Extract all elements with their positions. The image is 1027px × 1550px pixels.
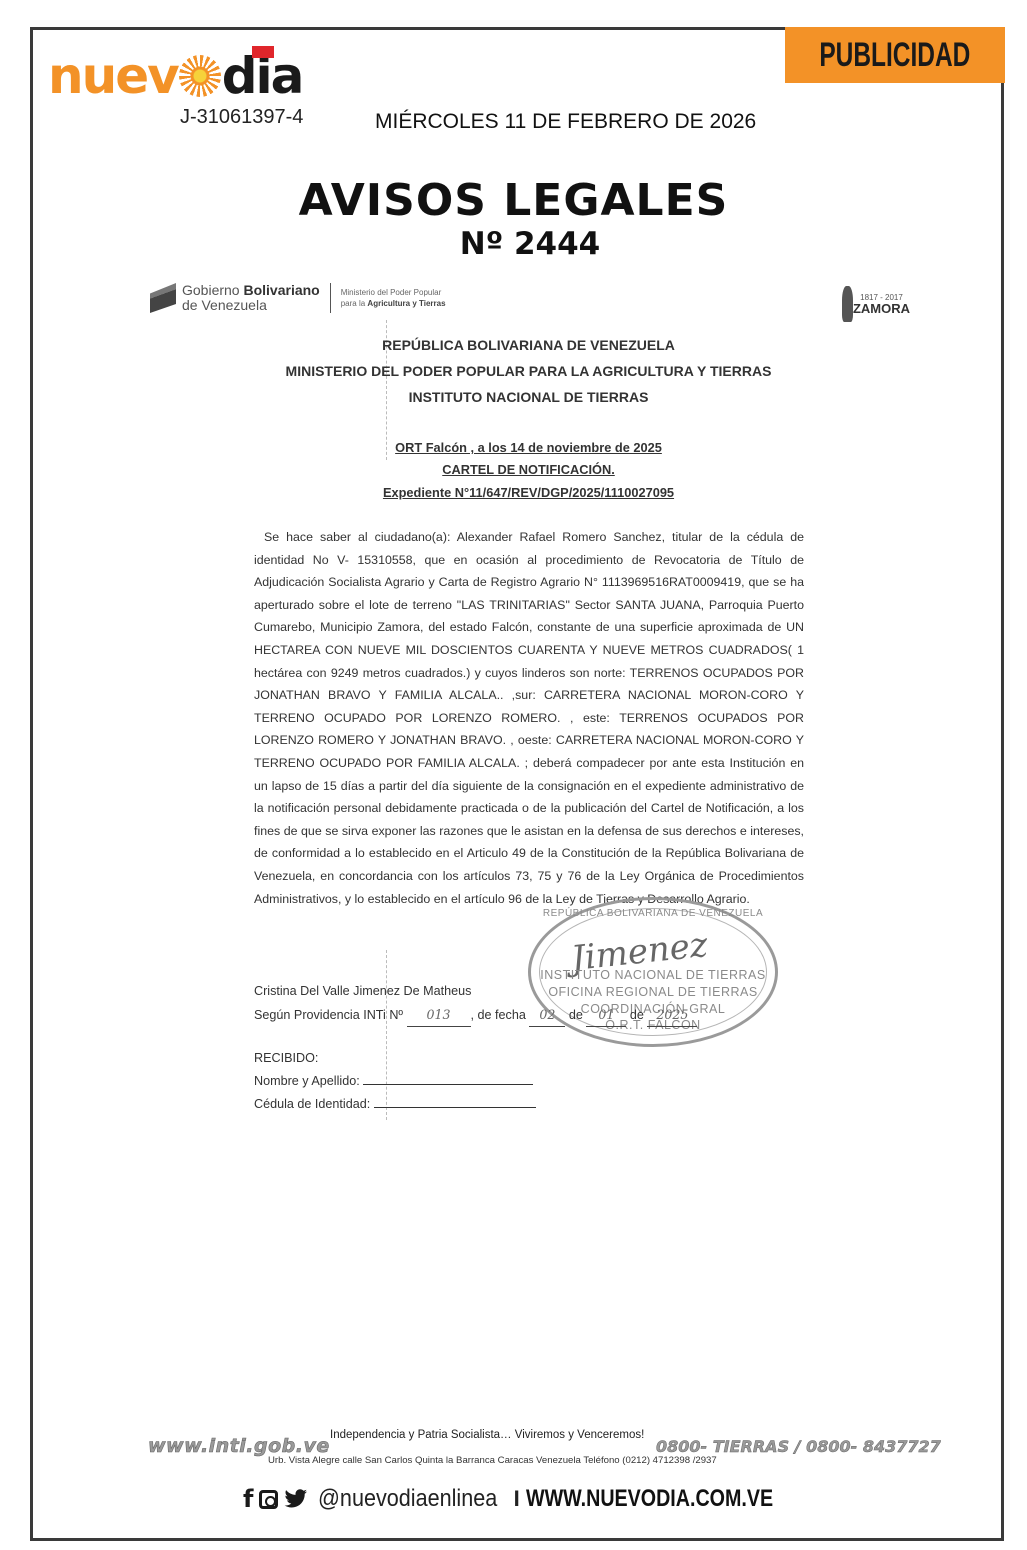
- ministerio-text: Ministerio del Poder Popular para la Agr…: [341, 287, 446, 309]
- document-type: CARTEL DE NOTIFICACIÓN.: [0, 462, 1027, 477]
- logo-text-nuev: nuev: [48, 48, 178, 104]
- inti-phones: 0800- TIERRAS / 0800- 8437727: [656, 1437, 941, 1456]
- id-field-row: Cédula de Identidad:: [254, 1093, 536, 1116]
- page-title: AVISOS LEGALES: [0, 175, 1027, 226]
- fecha-year: 2025: [647, 1003, 697, 1027]
- providencia-number: 013: [407, 1003, 471, 1027]
- providencia-label: Según Providencia INTi Nº: [254, 1008, 403, 1022]
- ministerio-line2-bold: Agricultura y Tierras: [367, 299, 445, 308]
- de-label: de: [569, 1008, 583, 1022]
- heading-ministerio: MINISTERIO DEL PODER POPULAR PARA LA AGR…: [0, 363, 1027, 379]
- publication-date: MIÉRCOLES 11 DE FEBRERO DE 2026: [375, 110, 756, 134]
- facebook-icon: f: [243, 1485, 253, 1513]
- twitter-icon: [284, 1489, 308, 1509]
- logo-text-dia: dia: [222, 48, 303, 104]
- fecha-day: 02: [529, 1003, 565, 1027]
- newspaper-logo: nuev dia: [48, 48, 302, 104]
- edition-number: Nº 2444: [0, 226, 1027, 262]
- providencia-line: Según Providencia INTi Nº 013, de fecha …: [254, 1003, 697, 1027]
- zamora-name: ZAMORA: [853, 302, 910, 315]
- received-label: RECIBIDO:: [254, 1047, 536, 1070]
- zamora-text: 1817 - 2017 ZAMORA: [853, 293, 910, 315]
- zamora-portrait-icon: [842, 286, 853, 322]
- de-label: de: [630, 1008, 644, 1022]
- name-blank-line: [363, 1072, 533, 1085]
- name-field-row: Nombre y Apellido:: [254, 1070, 536, 1093]
- newspaper-website: WWW.NUEVODIA.COM.VE: [526, 1485, 773, 1513]
- sun-icon: [179, 55, 221, 97]
- gobierno-text: Gobierno Bolivariano de Venezuela: [182, 283, 320, 313]
- inti-slogan: Independencia y Patria Socialista… Vivir…: [330, 1429, 644, 1441]
- stamp-arc-text: REPÚBLICA BOLIVARIANA DE VENEZUELA: [531, 908, 775, 919]
- zamora-logo: 1817 - 2017 ZAMORA: [842, 281, 910, 327]
- receipt-block: RECIBIDO: Nombre y Apellido: Cédula de I…: [254, 1047, 536, 1116]
- heading-instituto: INSTITUTO NACIONAL DE TIERRAS: [0, 389, 1027, 405]
- id-blank-line: [374, 1095, 536, 1108]
- social-footer: f @nuevodiaenlinea I WWW.NUEVODIA.COM.VE: [243, 1485, 827, 1513]
- gobierno-line2: de Venezuela: [182, 297, 267, 313]
- signer-block: Cristina Del Valle Jimenez De Matheus Se…: [254, 980, 697, 1027]
- signer-name: Cristina Del Valle Jimenez De Matheus: [254, 980, 697, 1003]
- fecha-month: 01: [586, 1003, 626, 1027]
- flag-icon: [150, 283, 176, 313]
- place-date: ORT Falcón , a los 14 de noviembre de 20…: [0, 440, 1027, 455]
- gobierno-line1: Gobierno: [182, 282, 243, 298]
- expediente-number: Expediente N°11/647/REV/DGP/2025/1110027…: [0, 485, 1027, 500]
- fecha-label: , de fecha: [471, 1008, 526, 1022]
- notice-paragraph: Se hace saber al ciudadano(a): Alexander…: [254, 526, 804, 910]
- footer-separator: I: [514, 1486, 520, 1512]
- name-label: Nombre y Apellido:: [254, 1074, 360, 1088]
- id-label: Cédula de Identidad:: [254, 1097, 370, 1111]
- ministerio-line1: Ministerio del Poder Popular: [341, 288, 442, 297]
- ministerio-line2: para la: [341, 299, 368, 308]
- inti-website: www.inti.gob.ve: [148, 1435, 330, 1457]
- section-badge: PUBLICIDAD: [785, 27, 1005, 83]
- section-badge-label: PUBLICIDAD: [820, 36, 971, 75]
- inti-address: Urb. Vista Alegre calle San Carlos Quint…: [268, 1455, 717, 1466]
- heading-republica: REPÚBLICA BOLIVARIANA DE VENEZUELA: [0, 337, 1027, 353]
- notice-body: Se hace saber al ciudadano(a): Alexander…: [254, 526, 804, 910]
- social-handle: @nuevodiaenlinea: [318, 1485, 497, 1513]
- logo-divider: [330, 283, 331, 313]
- instagram-icon: [259, 1490, 278, 1509]
- gobierno-line1-bold: Bolivariano: [243, 282, 319, 298]
- rif-number: J-31061397-4: [180, 106, 303, 129]
- gobierno-logo: Gobierno Bolivariano de Venezuela Minist…: [150, 283, 446, 313]
